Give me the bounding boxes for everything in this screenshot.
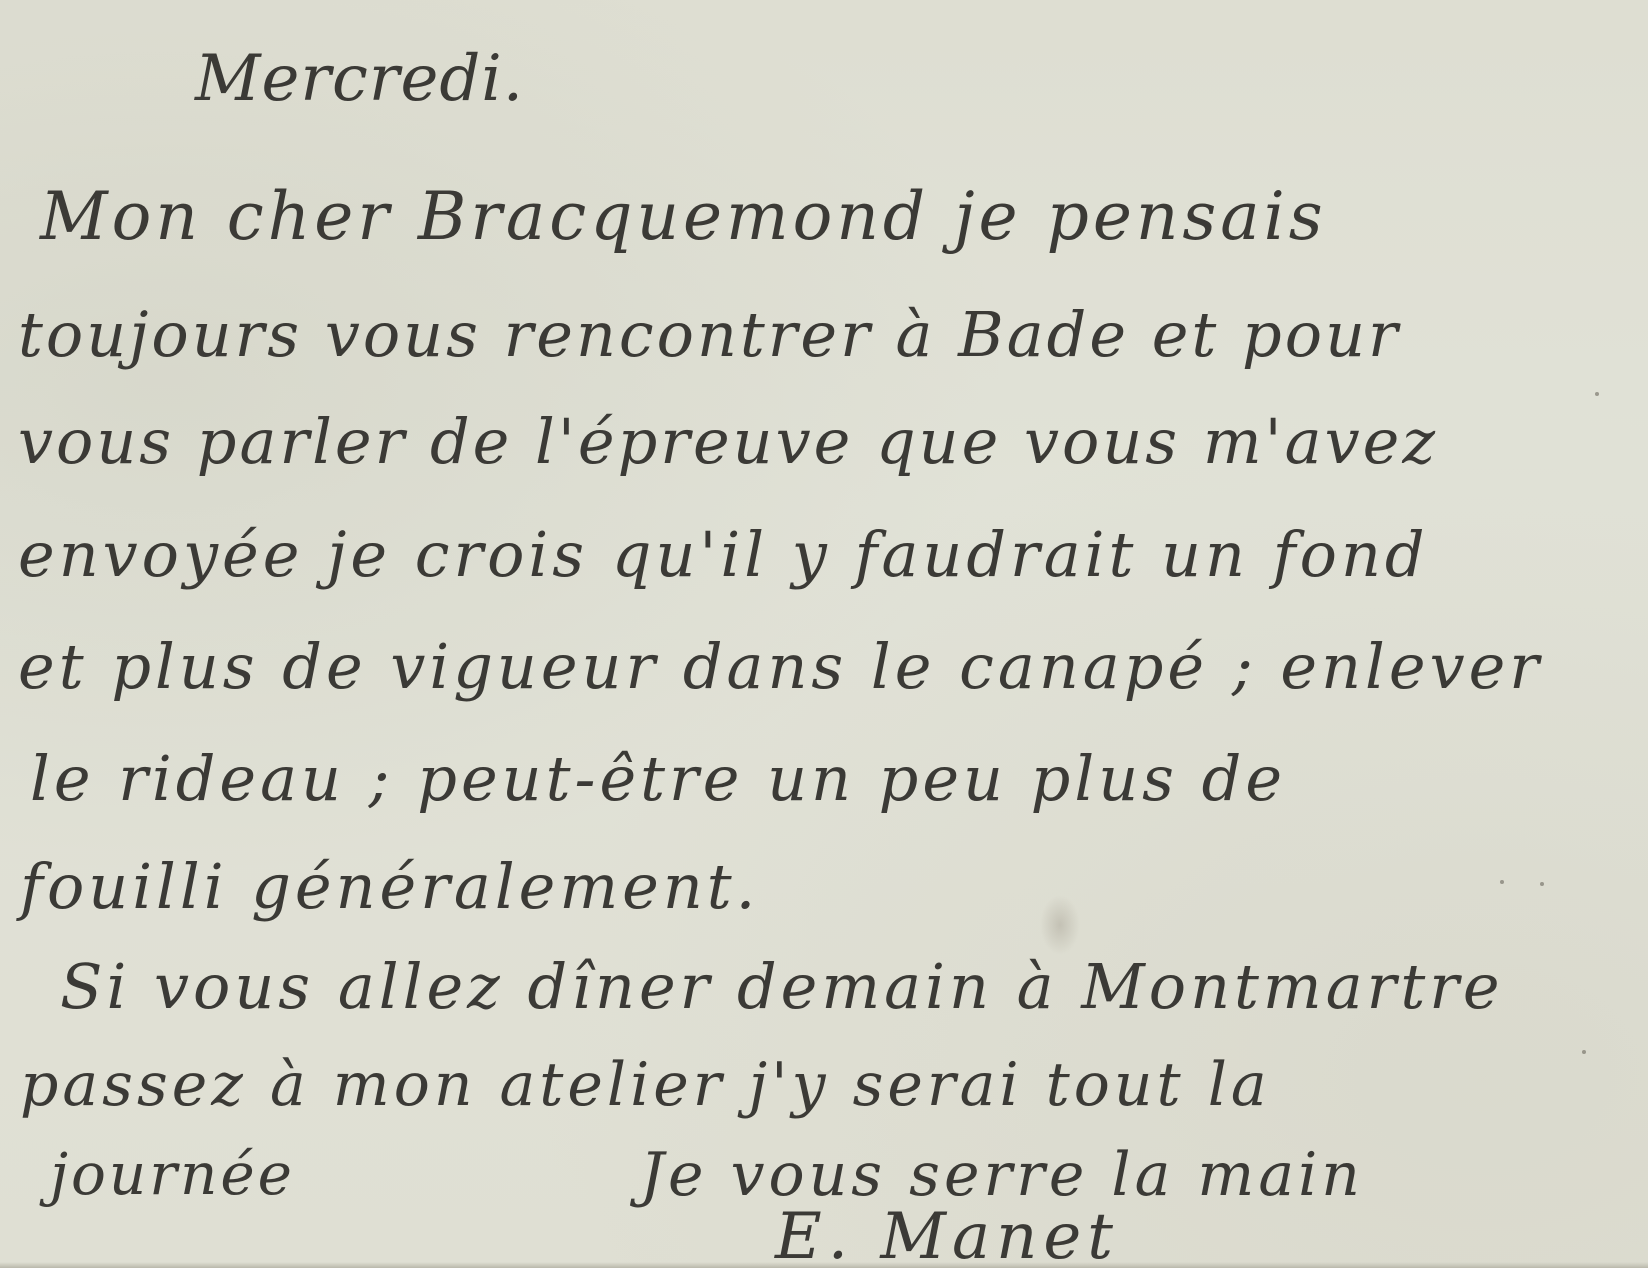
signature: E. Manet [775, 1200, 1119, 1268]
letter-line-7: fouilli généralement. [20, 850, 759, 923]
letter-line-2: toujours vous rencontrer à Bade et pour [18, 298, 1401, 371]
ink-speck [1595, 392, 1599, 396]
letter-line-10: journée [50, 1140, 295, 1208]
ink-speck [1500, 880, 1504, 884]
letter-paper: Mercredi. Mon cher Bracquemond je pensai… [0, 0, 1648, 1268]
letter-line-5: et plus de vigueur dans le canapé ; enle… [18, 630, 1543, 703]
date-line: Mercredi. [195, 42, 524, 116]
ink-speck [1540, 882, 1544, 886]
ink-smudge [1040, 895, 1080, 955]
letter-line-6: le rideau ; peut-être un peu plus de [30, 742, 1286, 815]
ink-speck [1582, 1050, 1586, 1054]
letter-line-3: vous parler de l'épreuve que vous m'avez [18, 405, 1438, 478]
paper-edge [0, 1262, 1648, 1268]
letter-line-8: Si vous allez dîner demain à Montmartre [60, 950, 1504, 1023]
letter-line-1-salutation: Mon cher Bracquemond je pensais [40, 178, 1327, 255]
letter-line-9: passez à mon atelier j'y serai tout la [20, 1050, 1271, 1120]
letter-line-4: envoyée je crois qu'il y faudrait un fon… [18, 518, 1429, 591]
